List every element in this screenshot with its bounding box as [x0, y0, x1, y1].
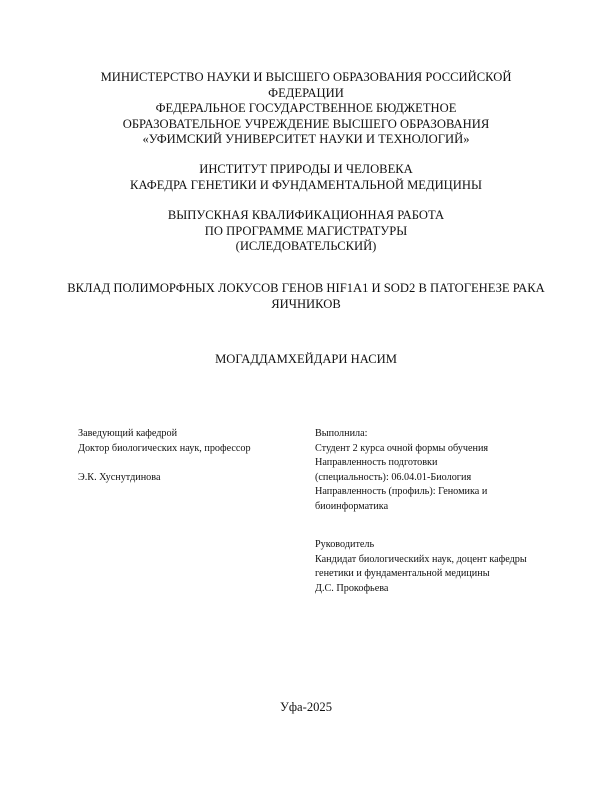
head-of-department-block: Заведующий кафедрой Доктор биологических… [78, 427, 251, 485]
work-type: ВЫПУСКНАЯ КВАЛИФИКАЦИОННАЯ РАБОТА ПО ПРО… [60, 208, 552, 255]
supervisor-department: генетики и фундаментальной медицины [315, 567, 527, 582]
ministry-line: ФЕДЕРАЛЬНОЕ ГОСУДАРСТВЕННОЕ БЮДЖЕТНОЕ [60, 101, 552, 117]
direction-label: Направленность подготовки [315, 456, 488, 471]
thesis-title-line: ЯИЧНИКОВ [40, 297, 572, 313]
student-info: Студент 2 курса очной формы обучения [315, 442, 488, 457]
department-line: КАФЕДРА ГЕНЕТИКИ И ФУНДАМЕНТАЛЬНОЙ МЕДИЦ… [60, 178, 552, 194]
ministry-line: ФЕДЕРАЦИИ [60, 86, 552, 102]
institute-header: ИНСТИТУТ ПРИРОДЫ И ЧЕЛОВЕКА КАФЕДРА ГЕНЕ… [60, 162, 552, 193]
profile: Направленность (профиль): Геномика и [315, 485, 488, 500]
completed-by-label: Выполнила: [315, 427, 488, 442]
head-name: Э.К. Хуснутдинова [78, 471, 251, 486]
ministry-line: ОБРАЗОВАТЕЛЬНОЕ УЧРЕЖДЕНИЕ ВЫСШЕГО ОБРАЗ… [60, 117, 552, 133]
institute-line: ИНСТИТУТ ПРИРОДЫ И ЧЕЛОВЕКА [60, 162, 552, 178]
thesis-title: ВКЛАД ПОЛИМОРФНЫХ ЛОКУСОВ ГЕНОВ HIF1A1 И… [40, 281, 572, 312]
ministry-line: МИНИСТЕРСТВО НАУКИ И ВЫСШЕГО ОБРАЗОВАНИЯ… [60, 70, 552, 86]
supervisor-label: Руководитель [315, 538, 527, 553]
ministry-line: «УФИМСКИЙ УНИВЕРСИТЕТ НАУКИ И ТЕХНОЛОГИЙ… [60, 132, 552, 148]
profile-cont: биоинформатика [315, 500, 488, 515]
head-title: Заведующий кафедрой [78, 427, 251, 442]
work-type-line: ВЫПУСКНАЯ КВАЛИФИКАЦИОННАЯ РАБОТА [60, 208, 552, 224]
supervisor-block: Руководитель Кандидат биологическийх нау… [315, 538, 527, 596]
author-name: МОГАДДАМХЕЙДАРИ НАСИМ [60, 352, 552, 368]
city-year: Уфа-2025 [0, 700, 612, 715]
ministry-header: МИНИСТЕРСТВО НАУКИ И ВЫСШЕГО ОБРАЗОВАНИЯ… [60, 70, 552, 148]
author-name-text: МОГАДДАМХЕЙДАРИ НАСИМ [60, 352, 552, 368]
supervisor-name: Д.С. Прокофьева [315, 582, 527, 597]
head-degree: Доктор биологических наук, профессор [78, 442, 251, 457]
work-type-line: (ИСЛЕДОВАТЕЛЬСКИЙ) [60, 239, 552, 255]
title-page: МИНИСТЕРСТВО НАУКИ И ВЫСШЕГО ОБРАЗОВАНИЯ… [0, 0, 612, 792]
specialty: (специальность): 06.04.01-Биология [315, 471, 488, 486]
work-type-line: ПО ПРОГРАММЕ МАГИСТРАТУРЫ [60, 224, 552, 240]
completed-by-block: Выполнила: Студент 2 курса очной формы о… [315, 427, 488, 515]
thesis-title-line: ВКЛАД ПОЛИМОРФНЫХ ЛОКУСОВ ГЕНОВ HIF1A1 И… [40, 281, 572, 297]
supervisor-degree: Кандидат биологическийх наук, доцент каф… [315, 553, 527, 568]
spacer [78, 456, 251, 471]
